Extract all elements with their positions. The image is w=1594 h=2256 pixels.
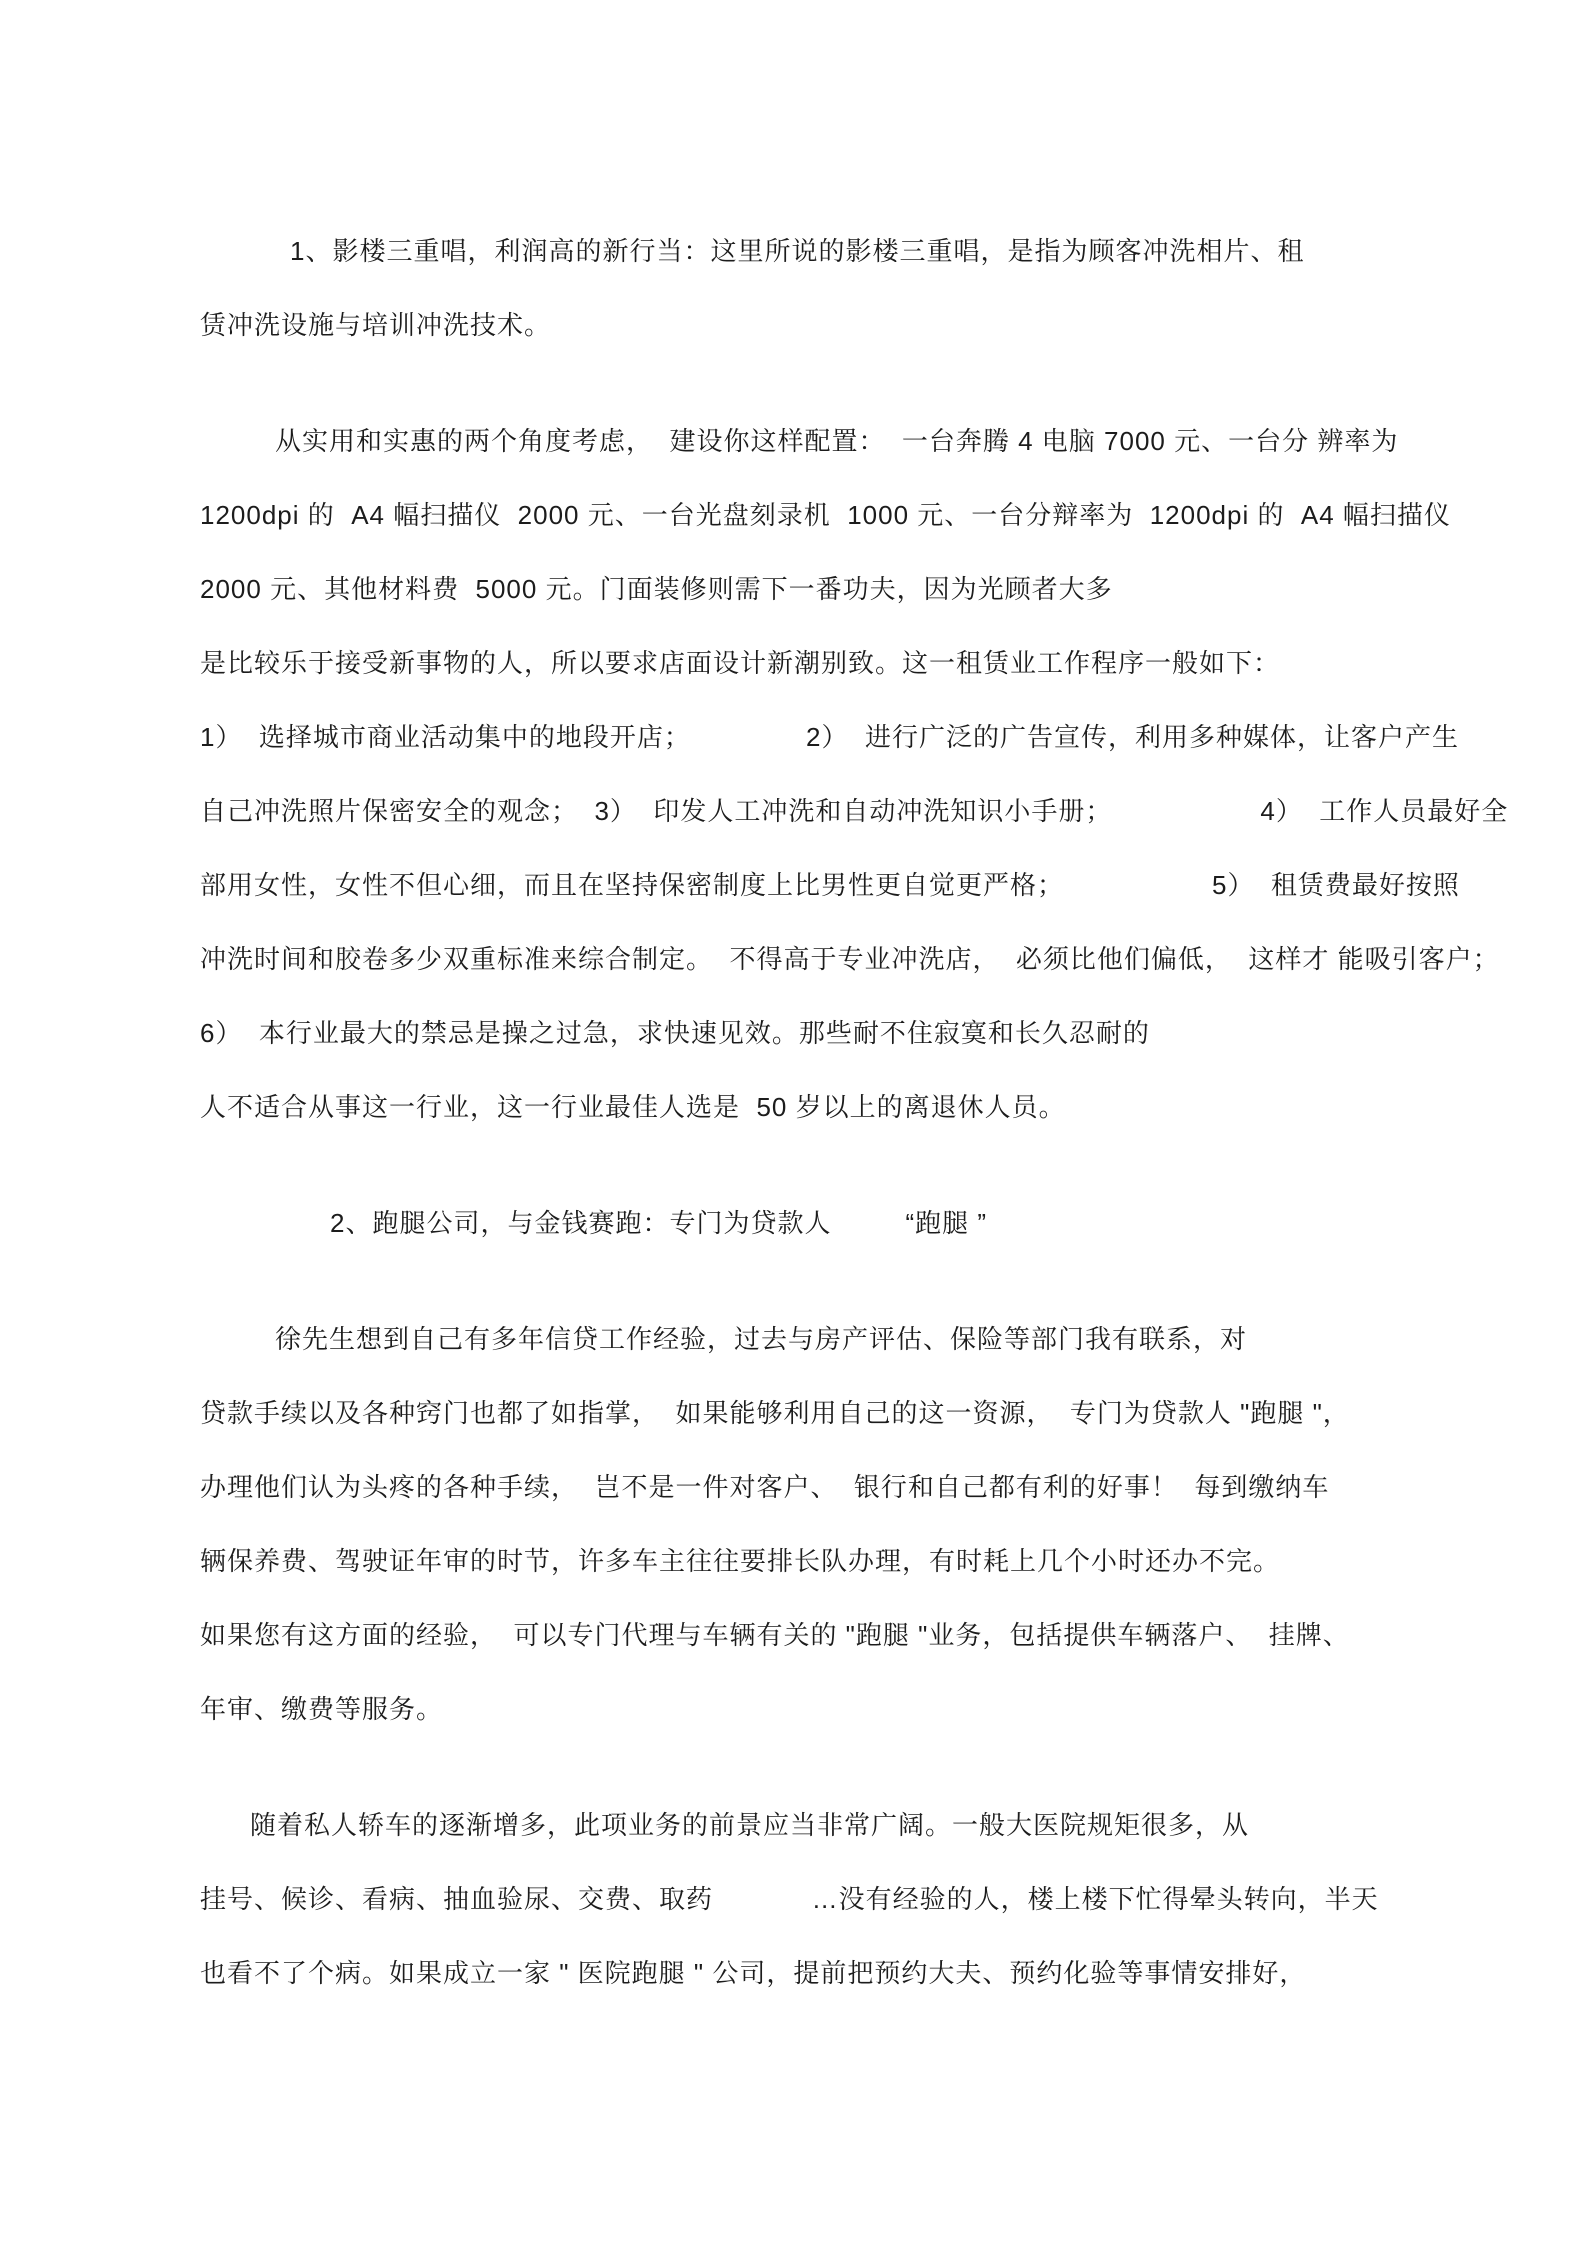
text-line: 也看不了个病。如果成立一家 " 医院跑腿 " 公司，提前把预约大夫、预约化验等事… [200, 1936, 1484, 2010]
text-line: 随着私人轿车的逐渐增多，此项业务的前景应当非常广阔。一般大医院规矩很多，从 [200, 1788, 1484, 1862]
text-line: 1） 选择城市商业活动集中的地段开店； 2） 进行广泛的广告宣传，利用多种媒体，… [200, 700, 1484, 774]
section-heading: 2、跑腿公司，与金钱赛跑：专门为贷款人 “跑腿 ” [200, 1186, 1484, 1260]
text-line: 是比较乐于接受新事物的人，所以要求店面设计新潮别致。这一租赁业工作程序一般如下： [200, 626, 1484, 700]
text-line: 部用女性，女性不但心细，而且在坚持保密制度上比男性更自觉更严格； 5） 租赁费最… [200, 848, 1484, 922]
text-line: 冲洗时间和胶卷多少双重标准来综合制定。 不得高于专业冲洗店， 必须比他们偏低， … [200, 922, 1484, 996]
text-line: 6） 本行业最大的禁忌是操之过急，求快速见效。那些耐不住寂寞和长久忍耐的 [200, 996, 1484, 1070]
text-line: 贷款手续以及各种窍门也都了如指掌， 如果能够利用自己的这一资源， 专门为贷款人 … [200, 1376, 1484, 1450]
text-line: 1200dpi 的 A4 幅扫描仪 2000 元、一台光盘刻录机 1000 元、… [200, 478, 1484, 552]
text-line: 赁冲洗设施与培训冲洗技术。 [200, 288, 1484, 362]
text-line: 2000 元、其他材料费 5000 元。门面装修则需下一番功夫，因为光顾者大多 [200, 552, 1484, 626]
text-line: 自己冲洗照片保密安全的观念； 3） 印发人工冲洗和自动冲洗知识小手册； 4） 工… [200, 774, 1484, 848]
text-line: 徐先生想到自己有多年信贷工作经验，过去与房产评估、保险等部门我有联系，对 [200, 1302, 1484, 1376]
text-line: 如果您有这方面的经验， 可以专门代理与车辆有关的 "跑腿 "业务，包括提供车辆落… [200, 1598, 1484, 1672]
text-line: 1、影楼三重唱，利润高的新行当：这里所说的影楼三重唱，是指为顾客冲洗相片、租 [200, 214, 1484, 288]
text-line: 从实用和实惠的两个角度考虑， 建设你这样配置： 一台奔腾 4 电脑 7000 元… [200, 404, 1484, 478]
text-line: 年审、缴费等服务。 [200, 1672, 1484, 1746]
text-line: 办理他们认为头疼的各种手续， 岂不是一件对客户、 银行和自己都有利的好事！ 每到… [200, 1450, 1484, 1524]
text-line: 辆保养费、驾驶证年审的时节，许多车主往往要排长队办理，有时耗上几个小时还办不完。 [200, 1524, 1484, 1598]
document-page: 1、影楼三重唱，利润高的新行当：这里所说的影楼三重唱，是指为顾客冲洗相片、租 赁… [0, 0, 1594, 2010]
text-line: 挂号、候诊、看病、抽血验尿、交费、取药 …没有经验的人，楼上楼下忙得晕头转向，半… [200, 1862, 1484, 1936]
text-line: 人不适合从事这一行业，这一行业最佳人选是 50 岁以上的离退休人员。 [200, 1070, 1484, 1144]
